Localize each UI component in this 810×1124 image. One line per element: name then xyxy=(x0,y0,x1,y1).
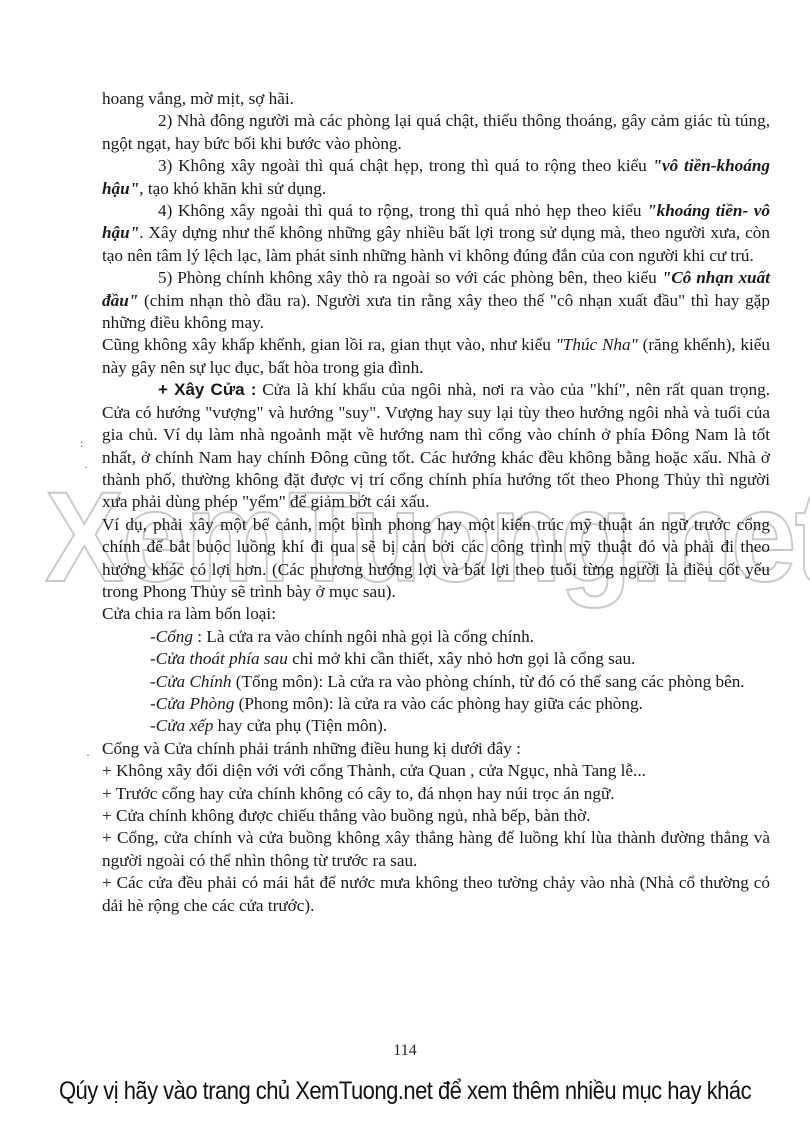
emphasis: "Thúc Nha" xyxy=(556,335,638,354)
rule-item: + Không xây đối diện với với cổng Thành,… xyxy=(102,760,770,782)
door-type-item: -Cửa thoát phía sau chỉ mở khi cần thiết… xyxy=(102,648,770,670)
scan-speck: · xyxy=(84,456,88,478)
door-type-item: -Cửa Phòng (Phong môn): là cửa ra vào cá… xyxy=(102,693,770,715)
paragraph-item-5: 5) Phòng chính không xây thò ra ngoài so… xyxy=(102,267,770,334)
page-number: 114 xyxy=(0,1040,810,1062)
door-type-term: -Cửa Phòng xyxy=(150,694,234,713)
scan-speck: · xyxy=(86,744,90,766)
paragraph-item-2: 2) Nhà đông người mà các phòng lại quá c… xyxy=(102,110,770,155)
paragraph: Cũng không xây khấp khểnh, gian lồi ra, … xyxy=(102,334,770,379)
rule-item: + Các cửa đều phải có mái hắt để nước mư… xyxy=(102,872,770,917)
section-xay-cua: + Xây Cửa : Cửa là khí khẩu của ngôi nhà… xyxy=(102,379,770,513)
section-heading: + Xây Cửa : xyxy=(158,380,256,399)
paragraph: Ví dụ, phải xây một bể cảnh, một bình ph… xyxy=(102,514,770,604)
door-type-term: -Cửa thoát phía sau xyxy=(150,649,288,668)
door-type-item: -Cửa Chính (Tổng môn): Là cửa ra vào phò… xyxy=(102,671,770,693)
rule-item: + Trước cổng hay cửa chính không có cây … xyxy=(102,783,770,805)
door-type-term: -Cửa Chính xyxy=(150,672,231,691)
paragraph: Cửa chia ra làm bốn loại: xyxy=(102,603,770,625)
rule-item: + Cửa chính không được chiếu thẳng vào b… xyxy=(102,805,770,827)
rule-item: + Cổng, cửa chính và cửa buồng không xây… xyxy=(102,827,770,872)
door-type-term: -Cổng xyxy=(150,627,193,646)
scanned-book-page: XemTuong.net : · · hoang vắng, mờ mịt, s… xyxy=(0,0,810,1124)
footer-promo-text: Qúy vị hãy vào trang chủ XemTuong.net để… xyxy=(49,1080,762,1102)
door-type-term: -Cửa xếp xyxy=(150,716,213,735)
scan-speck: : xyxy=(80,432,83,454)
paragraph-item-3: 3) Không xây ngoài thì quá chật hẹp, tro… xyxy=(102,155,770,200)
door-type-item: -Cửa xếp hay cửa phụ (Tiện môn). xyxy=(102,715,770,737)
rules-intro: Cổng và Cửa chính phải tránh những điều … xyxy=(102,738,770,760)
body-text: hoang vắng, mờ mịt, sợ hãi. 2) Nhà đông … xyxy=(102,88,770,917)
paragraph: hoang vắng, mờ mịt, sợ hãi. xyxy=(102,88,770,110)
door-type-item: -Cổng : Là cửa ra vào chính ngôi nhà gọi… xyxy=(102,626,770,648)
paragraph-item-4: 4) Không xây ngoài thì quá to rộng, tron… xyxy=(102,200,770,267)
